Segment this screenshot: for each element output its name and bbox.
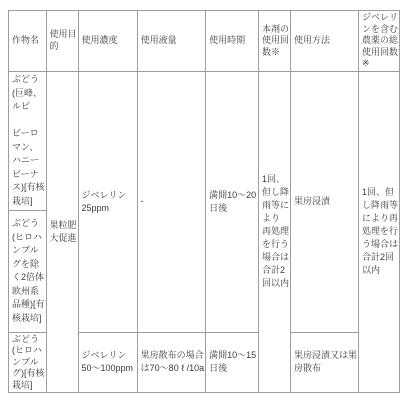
header-concentration: 使用濃度: [78, 11, 137, 72]
cell-total-count-text: 1回、但 し降雨等 により再 処理を行 う場合は 合計2回 以内: [362, 186, 398, 277]
cell-concentration-25ppm-text: ジベレリン 25ppm: [82, 189, 136, 215]
header-row: 作物名 使用目 的 使用濃度 使用液量 使用時期 本剤の 使用回 数※ 使用方法…: [9, 11, 400, 72]
cell-crop-diploid-european-text: ぶどう (ヒロハ ンブル グを除 く2倍体 欧州系 品種)[有 核栽培]: [12, 217, 45, 325]
cell-purpose-text: 果粒肥 大促進: [50, 219, 77, 245]
table-row: ぶどう (巨峰、 ルビ ビーロ マン、 ハニー ビーナ ス)[有核 栽培] 果粒…: [9, 71, 400, 210]
header-volume: 使用液量: [137, 11, 205, 72]
cell-timing-10-15-text: 満開10～15 日後: [209, 349, 257, 375]
header-use-count: 本剤の 使用回 数※: [258, 11, 290, 72]
header-total-count-label: ジベレリ ンを含む 農薬の総 使用回数 ※: [362, 12, 398, 70]
cell-concentration-50-100ppm: ジベレリン 50～100ppm: [78, 332, 137, 393]
cell-method-dip-or-spray-text: 果房浸漬又は果 房散布: [294, 349, 357, 375]
cell-purpose: 果粒肥 大促進: [46, 71, 78, 393]
usage-table-container: 作物名 使用目 的 使用濃度 使用液量 使用時期 本剤の 使用回 数※ 使用方法…: [8, 10, 400, 393]
cell-volume-spray: 果房散布の場合 は70～80 ℓ /10a: [137, 332, 205, 393]
usage-table: 作物名 使用目 的 使用濃度 使用液量 使用時期 本剤の 使用回 数※ 使用方法…: [8, 10, 400, 393]
header-concentration-label: 使用濃度: [82, 35, 136, 47]
cell-timing-10-15: 満開10～15 日後: [206, 332, 259, 393]
cell-volume-dash-text: -: [141, 195, 204, 208]
cell-volume-spray-text: 果房散布の場合 は70～80 ℓ /10a: [141, 349, 204, 375]
header-purpose: 使用目 的: [46, 11, 78, 72]
header-crop-name-label: 作物名: [12, 35, 45, 47]
header-timing: 使用時期: [206, 11, 259, 72]
cell-timing-10-20-text: 満開10～20 日後: [209, 189, 257, 215]
cell-crop-hirohamburg-text: ぶどう (ヒロハ ンブル グ)[有核 栽培]: [12, 334, 45, 392]
header-total-count: ジベレリ ンを含む 農薬の総 使用回数 ※: [358, 11, 399, 72]
header-crop-name: 作物名: [9, 11, 47, 72]
cell-concentration-50-100ppm-text: ジベレリン 50～100ppm: [82, 349, 136, 375]
cell-total-count: 1回、但 し降雨等 により再 処理を行 う場合は 合計2回 以内: [358, 71, 399, 393]
cell-volume-dash: -: [137, 71, 205, 332]
header-volume-label: 使用液量: [141, 35, 204, 47]
cell-method-dip: 果房浸漬: [290, 71, 358, 332]
cell-use-count-text: 1回、 但し降 雨等に より 再処理 を行う 場合は 合計2 回以内: [262, 173, 289, 290]
cell-method-dip-or-spray: 果房浸漬又は果 房散布: [290, 332, 358, 393]
cell-crop-kyoho-text: ぶどう (巨峰、 ルビ ビーロ マン、 ハニー ビーナ ス)[有核 栽培]: [12, 73, 45, 208]
cell-timing-10-20: 満開10～20 日後: [206, 71, 259, 332]
cell-crop-kyoho: ぶどう (巨峰、 ルビ ビーロ マン、 ハニー ビーナ ス)[有核 栽培]: [9, 71, 47, 210]
cell-crop-hirohamburg: ぶどう (ヒロハ ンブル グ)[有核 栽培]: [9, 332, 47, 393]
header-purpose-label: 使用目 的: [50, 29, 77, 52]
header-timing-label: 使用時期: [209, 35, 257, 47]
cell-crop-diploid-european: ぶどう (ヒロハ ンブル グを除 く2倍体 欧州系 品種)[有 核栽培]: [9, 210, 47, 332]
cell-method-dip-text: 果房浸漬: [294, 195, 357, 208]
cell-use-count: 1回、 但し降 雨等に より 再処理 を行う 場合は 合計2 回以内: [258, 71, 290, 393]
header-method: 使用方法: [290, 11, 358, 72]
header-use-count-label: 本剤の 使用回 数※: [262, 24, 289, 59]
pesticide-usage-page: 作物名 使用目 的 使用濃度 使用液量 使用時期 本剤の 使用回 数※ 使用方法…: [0, 0, 400, 400]
header-method-label: 使用方法: [294, 35, 357, 47]
cell-concentration-25ppm: ジベレリン 25ppm: [78, 71, 137, 332]
